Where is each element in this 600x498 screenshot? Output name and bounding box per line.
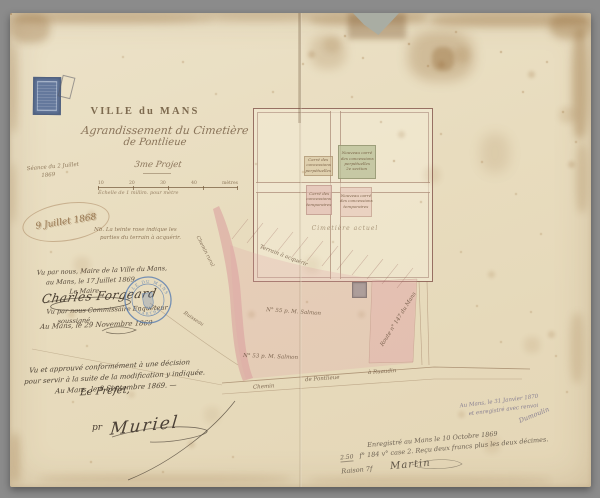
road-label-center: de Pontlieue — [305, 375, 340, 383]
map-subtitle-line2: de Pontlieue — [64, 137, 245, 148]
stain — [570, 313, 584, 383]
prefect-pr: pr — [92, 423, 102, 433]
photo-of-map: VILLE du MANS Agrandissement du Cimetièr… — [0, 0, 600, 498]
plan-block-text: temporaires — [344, 205, 369, 210]
fold-line-shadow — [298, 13, 301, 123]
plan-block-text: des concessions — [341, 157, 374, 162]
stain — [10, 43, 17, 133]
revenue-stamp-pattern — [37, 81, 57, 111]
map-subtitle-line1: Agrandissement du Cimetière — [64, 124, 265, 137]
plan-block-text: concessions — [306, 164, 331, 169]
plan-block-text: concessions — [307, 198, 332, 203]
scale-tick: 30 — [160, 181, 166, 186]
stain — [310, 35, 346, 69]
plan-block-text: perpétuelles — [306, 169, 332, 174]
margin-annex-note: Séance du 2 Juillet 1869 — [26, 161, 80, 182]
road-label-left: Chemin — [253, 383, 275, 390]
scale-bar: 10 20 30 40 mètres Échelle de 1 millim. … — [98, 181, 238, 196]
plan-block-pink-right: Nouveau carré des concessions temporaire… — [340, 187, 372, 217]
road-band-label: Chemin rural — [195, 235, 216, 268]
scale-tick: mètres — [222, 181, 238, 186]
stain — [10, 163, 16, 223]
stain — [10, 13, 210, 23]
stain — [40, 475, 290, 483]
parcel-label-lower: N° 53 p. M. Salmon — [243, 353, 298, 361]
road-label-right: à Ruaudin — [368, 368, 397, 376]
current-cemetery-label: Cimetière actuel — [310, 225, 380, 232]
municipal-seal: VILLE DU MANS SARTHE — [120, 272, 176, 328]
plan-block-text: 2e section — [347, 168, 368, 173]
route-label-right: Route n° 147 du Mans — [379, 291, 417, 347]
registration-stamp-note: Enregistré au Mans le 10 Octobre 1869 2.… — [339, 422, 581, 480]
stain — [480, 133, 510, 173]
scale-tick-mark — [133, 186, 134, 190]
scale-tick: 40 — [191, 181, 197, 186]
seal-crest-icon — [142, 292, 154, 309]
map-sheet: VILLE du MANS Agrandissement du Cimetièr… — [10, 13, 591, 487]
legend-note-line2: parties du terrain à acquérir. — [100, 234, 181, 242]
stain — [432, 47, 454, 71]
plan-block-text: Nouveau carré — [342, 151, 373, 156]
scale-tick-mark — [98, 186, 99, 190]
plan-block-text: des concessions — [340, 200, 373, 205]
legend-note: Nb. La teinte rose indique les parties d… — [94, 226, 181, 243]
plan-block-green: Nouveau carré des concessions perpétuell… — [338, 145, 376, 179]
prefect-signature: Muriel — [109, 412, 180, 440]
scale-tick-mark — [168, 186, 169, 190]
date-stamp-text: 9 Juillet 1868 — [35, 212, 97, 231]
plan-block-text: temporaires — [307, 203, 332, 208]
stain — [572, 29, 588, 139]
plan-block-beige: Carré des concessions perpétuelles — [304, 156, 333, 176]
parcel-label-center: N° 55 p. M. Salmon — [266, 307, 321, 317]
map-title: VILLE du MANS — [90, 106, 200, 117]
project-label: 3me Projet — [127, 160, 188, 170]
project-underline — [143, 173, 171, 174]
scale-tick-mark — [203, 186, 204, 190]
plan-block-pink-left: Carré des concessions temporaires — [306, 185, 332, 215]
registration-line3: Raison 7f — [341, 465, 373, 476]
building-block — [352, 282, 367, 298]
legend-note-line1: Nb. La teinte rose indique les — [94, 226, 181, 234]
foxing-spots-large — [10, 13, 14, 17]
scale-tick-mark — [237, 186, 238, 190]
scale-caption: Échelle de 1 millim. pour mètre — [98, 190, 238, 196]
registrar-signature: Martin — [390, 458, 431, 473]
stain — [576, 143, 588, 213]
stain — [10, 433, 20, 483]
scale-line — [98, 187, 238, 188]
